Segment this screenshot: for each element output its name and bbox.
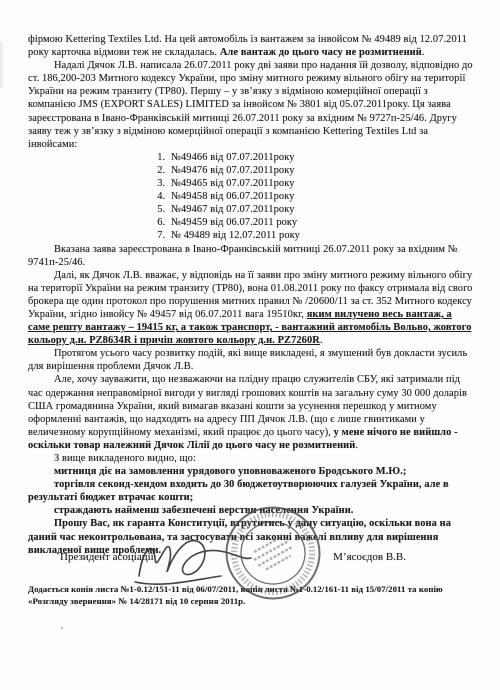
scanned-letter-page: фірмою Kettering Textiles Ltd. На цей ав…: [0, 0, 500, 690]
text-run: Але вантаж до цього часу не розмитнений: [220, 47, 422, 58]
paragraph: митниця діє на замовлення урядового упов…: [28, 465, 476, 478]
scan-smudge: [0, 42, 3, 88]
text-run: Протягом усього часу розвитку подій, які…: [28, 348, 467, 372]
list-item: №49476 від 07.07.2011року: [168, 164, 476, 177]
invoice-list: №49466 від 07.07.2011року№49476 від 07.0…: [28, 151, 476, 243]
paragraph: фірмою Kettering Textiles Ltd. На цей ав…: [28, 33, 476, 59]
text-run: Вказана заява зареєстрована в Івано-Фран…: [28, 244, 458, 268]
paragraph: Надалі Дячок Л.В. написала 26.07.2011 ро…: [28, 59, 476, 151]
paragraph: Далі, як Дячок Л.В. вважає, у відповідь …: [28, 269, 476, 348]
text-run: .: [355, 440, 358, 451]
text-run: .: [320, 335, 323, 346]
list-item: № 49489 від 12.07.2011 року: [168, 229, 476, 242]
letter-body: фірмою Kettering Textiles Ltd. На цей ав…: [28, 33, 476, 557]
list-item: №49465 від 07.07.2011року: [168, 177, 476, 190]
text-run: .: [422, 47, 425, 58]
attachments-note: Додається копія листа №1-0.12/151-11 від…: [28, 584, 480, 607]
list-item: №49458 від 06.07.2011року: [168, 190, 476, 203]
signatory-name: М’ясоєдов В.В.: [333, 550, 406, 564]
stamp-inner-text: [251, 535, 296, 573]
text-run: Надалі Дячок Л.В. написала 26.07.2011 ро…: [28, 60, 473, 150]
paragraph: Але, хочу зауважити, що незважаючи на пл…: [28, 373, 476, 452]
text-run: митниця діє на замовлення урядового упов…: [54, 466, 406, 477]
paragraph: З вище викладеного видно, що:: [28, 452, 476, 465]
list-item: №49459 від 06.07.2011 року: [168, 216, 476, 229]
list-item: №49466 від 07.07.2011року: [168, 151, 476, 164]
list-item: №49467 від 07.07.2011року: [168, 203, 476, 216]
paragraph: Вказана заява зареєстрована в Івано-Фран…: [28, 243, 476, 269]
text-run: З вище викладеного видно, що:: [54, 453, 196, 464]
paragraph: Протягом усього часу розвитку подій, які…: [28, 347, 476, 373]
scan-speck: [61, 627, 63, 629]
